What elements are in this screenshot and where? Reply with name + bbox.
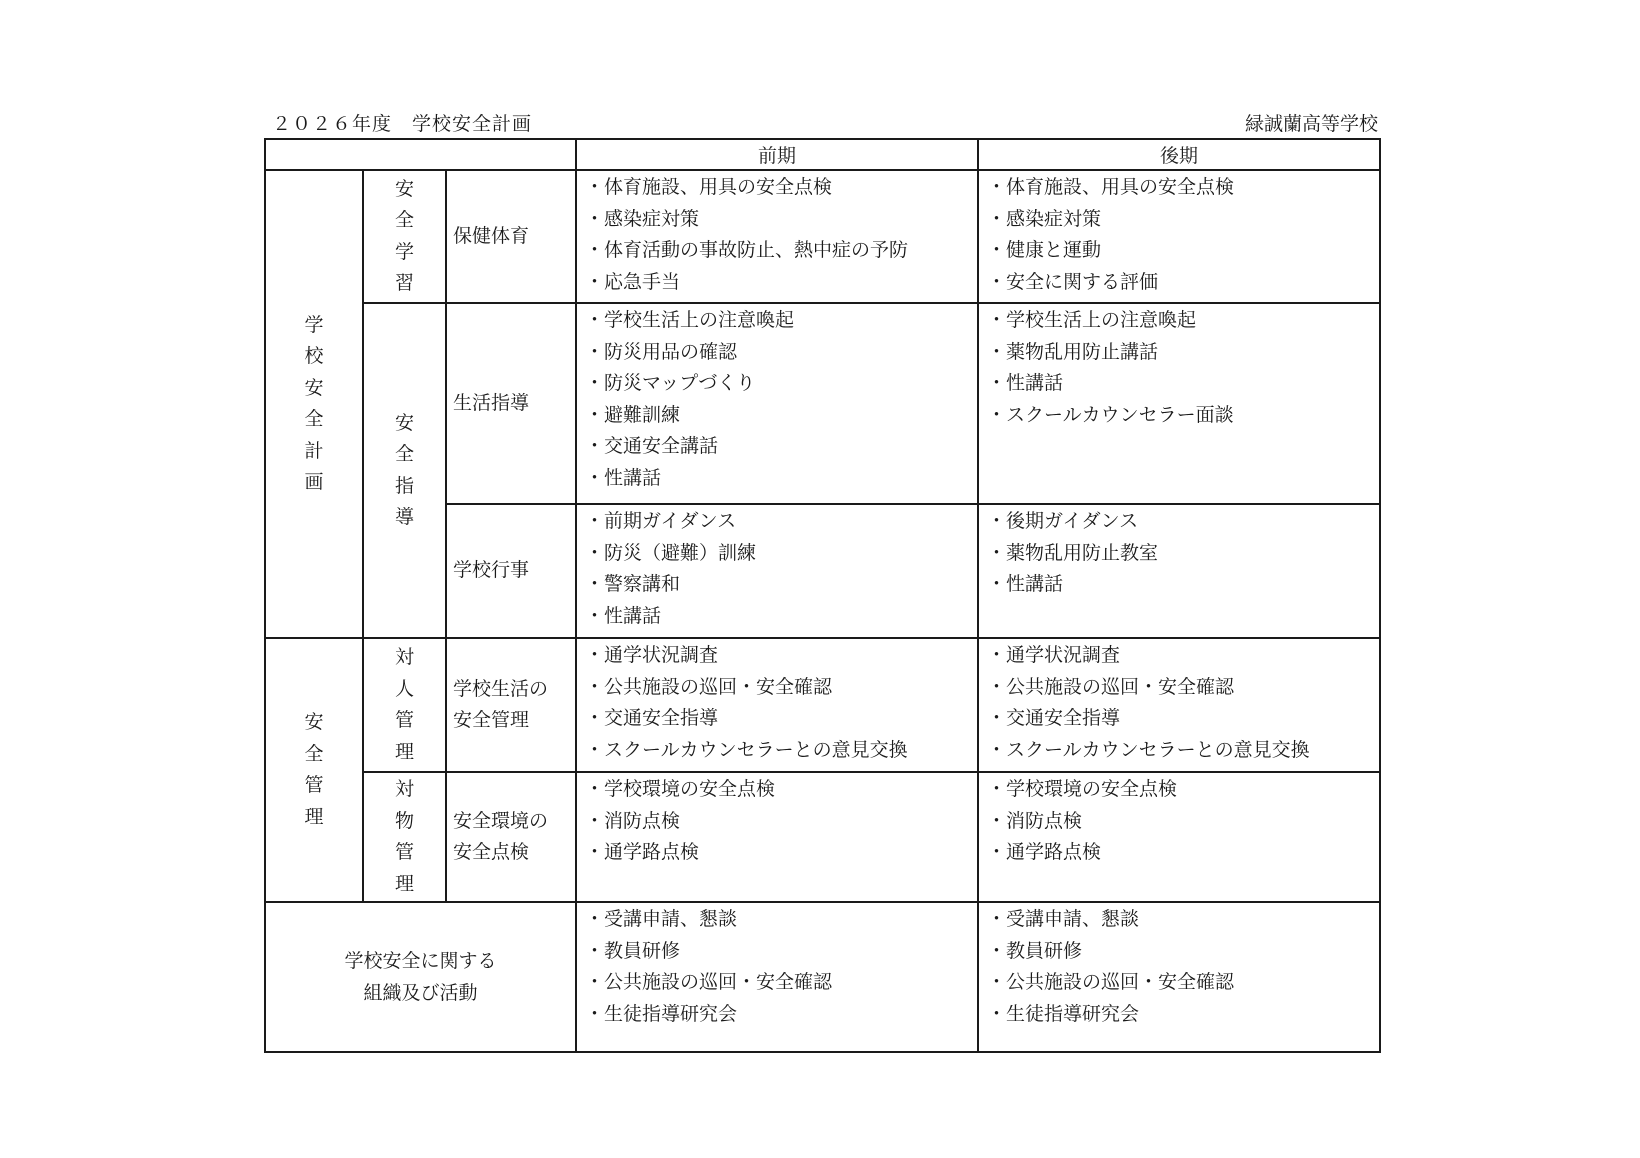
school-name: 緑誠蘭高等学校: [1245, 109, 1378, 136]
first-half-items: 通学状況調査 公共施設の巡回・安全確認 交通安全指導 スクールカウンセラーとの意…: [576, 638, 978, 772]
second-half-items: 体育施設、用具の安全点検 感染症対策 健康と運動 安全に関する評価: [978, 170, 1380, 303]
list-item: 性講話: [585, 601, 977, 633]
header-row: 前期 後期: [265, 139, 1380, 170]
column-header-first-half: 前期: [576, 139, 978, 170]
list-item: 性講話: [987, 569, 1379, 601]
list-item: 受講申請、懇談: [987, 904, 1379, 936]
list-item: 健康と運動: [987, 235, 1379, 267]
second-half-items: 受講申請、懇談 教員研修 公共施設の巡回・安全確認 生徒指導研究会: [978, 902, 1380, 1052]
second-half-items: 学校生活上の注意喚起 薬物乱用防止講話 性講話 スクールカウンセラー面談: [978, 303, 1380, 504]
list-item: 通学路点検: [585, 837, 977, 869]
column-header-second-half: 後期: [978, 139, 1380, 170]
list-item: 公共施設の巡回・安全確認: [987, 672, 1379, 704]
list-item: 消防点検: [987, 806, 1379, 838]
list-item: 体育施設、用具の安全点検: [585, 172, 977, 204]
list-item: 感染症対策: [585, 204, 977, 236]
safety-plan-table: 前期 後期 学 校 安 全 計 画 安 全 学 習 保健体育 体育施設、用具の安…: [264, 138, 1381, 1053]
list-item: 通学状況調査: [987, 640, 1379, 672]
list-item: 警察講和: [585, 569, 977, 601]
header-blank-cell: [265, 139, 576, 170]
second-half-items: 後期ガイダンス 薬物乱用防止教室 性講話: [978, 504, 1380, 638]
list-item: 教員研修: [987, 936, 1379, 968]
list-item: 防災用品の確認: [585, 337, 977, 369]
second-half-items: 学校環境の安全点検 消防点検 通学路点検: [978, 772, 1380, 902]
area-school-life-safety: 学校生活の 安全管理: [446, 638, 576, 772]
list-item: 生徒指導研究会: [585, 999, 977, 1031]
list-item: 薬物乱用防止講話: [987, 337, 1379, 369]
list-item: 学校生活上の注意喚起: [585, 305, 977, 337]
table-row: 対 物 管 理 安全環境の 安全点検 学校環境の安全点検 消防点検 通学路点検 …: [265, 772, 1380, 902]
list-item: 交通安全指導: [585, 703, 977, 735]
first-half-items: 学校環境の安全点検 消防点検 通学路点検: [576, 772, 978, 902]
list-item: 前期ガイダンス: [585, 506, 977, 538]
area-school-events: 学校行事: [446, 504, 576, 638]
list-item: 性講話: [585, 463, 977, 495]
list-item: 学校生活上の注意喚起: [987, 305, 1379, 337]
area-environment-inspection: 安全環境の 安全点検: [446, 772, 576, 902]
list-item: 応急手当: [585, 267, 977, 299]
list-item: 安全に関する評価: [987, 267, 1379, 299]
list-item: 後期ガイダンス: [987, 506, 1379, 538]
list-item: 学校環境の安全点検: [987, 774, 1379, 806]
subcategory-physical-management: 対 物 管 理: [363, 772, 446, 902]
first-half-items: 体育施設、用具の安全点検 感染症対策 体育活動の事故防止、熱中症の予防 応急手当: [576, 170, 978, 303]
category-school-safety-plan: 学 校 安 全 計 画: [265, 170, 363, 638]
list-item: 学校環境の安全点検: [585, 774, 977, 806]
subcategory-safety-guidance: 安 全 指 導: [363, 303, 446, 638]
list-item: 体育施設、用具の安全点検: [987, 172, 1379, 204]
list-item: 生徒指導研究会: [987, 999, 1379, 1031]
list-item: 通学路点検: [987, 837, 1379, 869]
first-half-items: 学校生活上の注意喚起 防災用品の確認 防災マップづくり 避難訓練 交通安全講話 …: [576, 303, 978, 504]
area-life-guidance: 生活指導: [446, 303, 576, 504]
list-item: 通学状況調査: [585, 640, 977, 672]
area-health-pe: 保健体育: [446, 170, 576, 303]
first-half-items: 受講申請、懇談 教員研修 公共施設の巡回・安全確認 生徒指導研究会: [576, 902, 978, 1052]
document-title: ２０２６年度 学校安全計画: [272, 109, 532, 136]
list-item: 交通安全講話: [585, 431, 977, 463]
list-item: スクールカウンセラー面談: [987, 400, 1379, 432]
list-item: 受講申請、懇談: [585, 904, 977, 936]
list-item: スクールカウンセラーとの意見交換: [585, 735, 977, 767]
list-item: 消防点検: [585, 806, 977, 838]
list-item: 感染症対策: [987, 204, 1379, 236]
table-row: 安 全 管 理 対 人 管 理 学校生活の 安全管理 通学状況調査 公共施設の巡…: [265, 638, 1380, 772]
list-item: スクールカウンセラーとの意見交換: [987, 735, 1379, 767]
list-item: 公共施設の巡回・安全確認: [585, 967, 977, 999]
first-half-items: 前期ガイダンス 防災（避難）訓練 警察講和 性講話: [576, 504, 978, 638]
second-half-items: 通学状況調査 公共施設の巡回・安全確認 交通安全指導 スクールカウンセラーとの意…: [978, 638, 1380, 772]
list-item: 性講話: [987, 368, 1379, 400]
category-safety-management: 安 全 管 理: [265, 638, 363, 902]
table-row: 学校安全に関する 組織及び活動 受講申請、懇談 教員研修 公共施設の巡回・安全確…: [265, 902, 1380, 1052]
list-item: 教員研修: [585, 936, 977, 968]
list-item: 防災マップづくり: [585, 368, 977, 400]
list-item: 避難訓練: [585, 400, 977, 432]
list-item: 公共施設の巡回・安全確認: [585, 672, 977, 704]
list-item: 防災（避難）訓練: [585, 538, 977, 570]
table-row: 学 校 安 全 計 画 安 全 学 習 保健体育 体育施設、用具の安全点検 感染…: [265, 170, 1380, 303]
table-row: 安 全 指 導 生活指導 学校生活上の注意喚起 防災用品の確認 防災マップづくり…: [265, 303, 1380, 504]
subcategory-safety-learning: 安 全 学 習: [363, 170, 446, 303]
list-item: 薬物乱用防止教室: [987, 538, 1379, 570]
list-item: 交通安全指導: [987, 703, 1379, 735]
list-item: 体育活動の事故防止、熱中症の予防: [585, 235, 977, 267]
list-item: 公共施設の巡回・安全確認: [987, 967, 1379, 999]
subcategory-personal-management: 対 人 管 理: [363, 638, 446, 772]
category-organization-activities: 学校安全に関する 組織及び活動: [265, 902, 576, 1052]
